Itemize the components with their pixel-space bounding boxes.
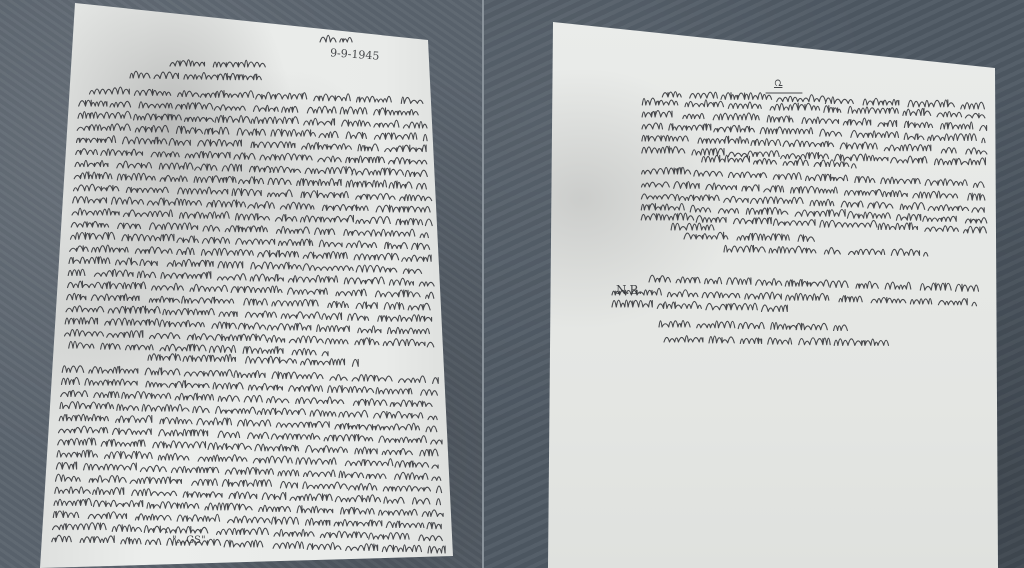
page-number: ൨ (774, 76, 782, 90)
handwriting-page-2 (484, 0, 1024, 568)
right-photo: ൨ N.B. (484, 0, 1024, 568)
nb-label: N.B. (616, 283, 642, 297)
handwriting-page-1 (0, 0, 482, 568)
left-photo: 9-9-1945 "...GS" (0, 0, 482, 568)
quoted-phrase: "...GS" (172, 535, 206, 546)
